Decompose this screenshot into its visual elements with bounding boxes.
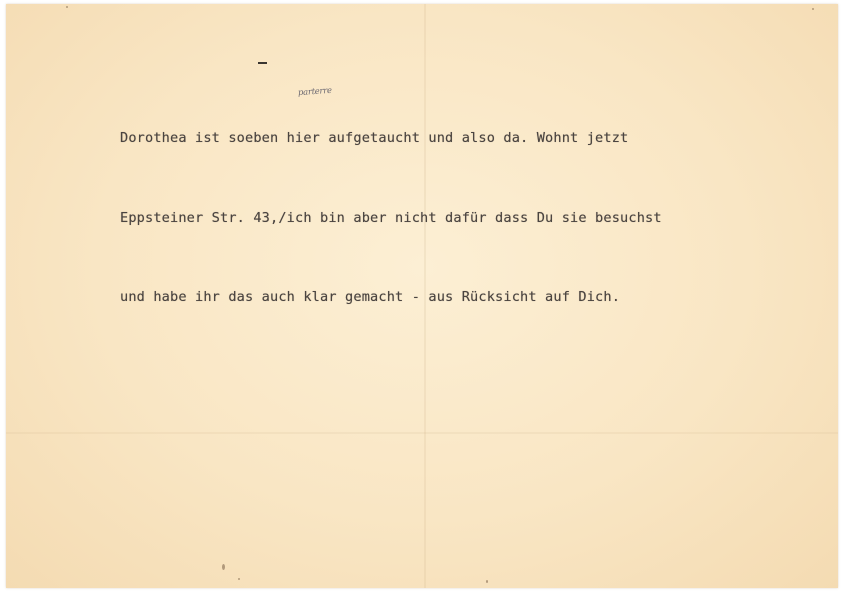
typed-line-1: Dorothea ist soeben hier aufgetaucht und…	[120, 125, 662, 152]
paper-sheet: Dorothea ist soeben hier aufgetaucht und…	[6, 4, 838, 588]
paper-speck	[486, 580, 488, 583]
typed-dash-mark	[258, 62, 267, 64]
paper-speck	[222, 564, 225, 570]
paper-fold-horizontal	[6, 432, 838, 434]
typed-text-block: Dorothea ist soeben hier aufgetaucht und…	[120, 72, 662, 364]
paper-speck	[238, 578, 240, 580]
typed-line-2: Eppsteiner Str. 43,/ich bin aber nicht d…	[120, 205, 662, 232]
paper-speck	[812, 8, 814, 10]
paper-speck	[66, 6, 68, 8]
typed-line-3: und habe ihr das auch klar gemacht - aus…	[120, 284, 662, 311]
